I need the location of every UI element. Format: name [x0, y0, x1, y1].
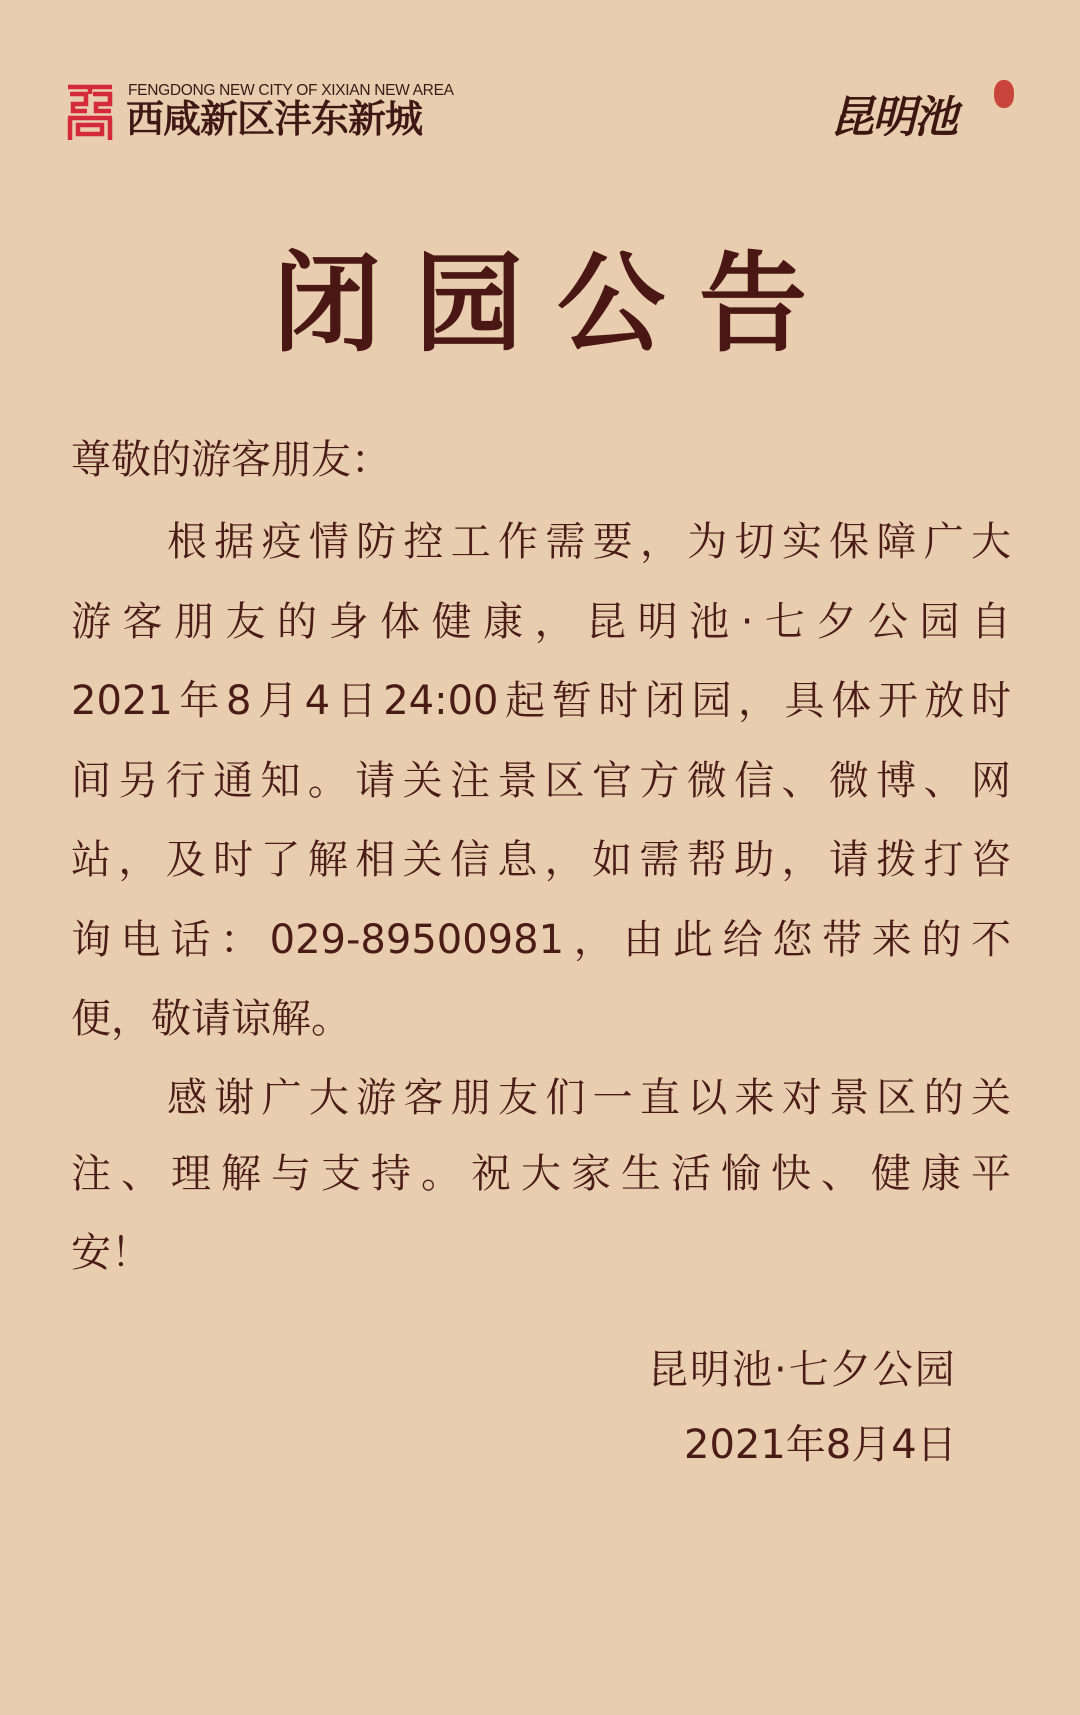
logo-chinese-name: 西咸新区沣东新城	[126, 96, 422, 142]
paragraph1-line: 游客朋友的身体健康，昆明池·七夕公园自	[71, 598, 1011, 646]
paragraph1-line: 间另行通知。请关注景区官方微信、微博、网	[71, 757, 1011, 805]
paragraph1-line: 便，敬请谅解。	[71, 995, 1011, 1043]
signature-organization: 昆明池·七夕公园	[648, 1346, 957, 1394]
paragraph2-line: 感谢广大游客朋友们一直以来对景区的关	[167, 1074, 1011, 1122]
red-seal-icon	[994, 80, 1014, 108]
fengdong-seal-icon	[65, 84, 115, 142]
paragraph1-line: 根据疫情防控工作需要，为切实保障广大	[167, 518, 1011, 566]
signature-date: 2021年8月4日	[684, 1421, 957, 1469]
paragraph1-line: 询电话：029-89500981，由此给您带来的不	[71, 916, 1011, 964]
paragraph1-line: 2021年8月4日24:00起暂时闭园，具体开放时	[71, 677, 1011, 725]
paragraph1-line: 站，及时了解相关信息，如需帮助，请拨打咨	[71, 836, 1011, 884]
paragraph2-line: 注、理解与支持。祝大家生活愉快、健康平	[71, 1150, 1011, 1198]
kunmingchi-calligraphy-logo: 昆明池	[830, 92, 956, 144]
page-title: 闭园公告	[0, 240, 1080, 370]
greeting: 尊敬的游客朋友：	[71, 436, 1011, 484]
paragraph2-line: 安！	[71, 1229, 1011, 1277]
